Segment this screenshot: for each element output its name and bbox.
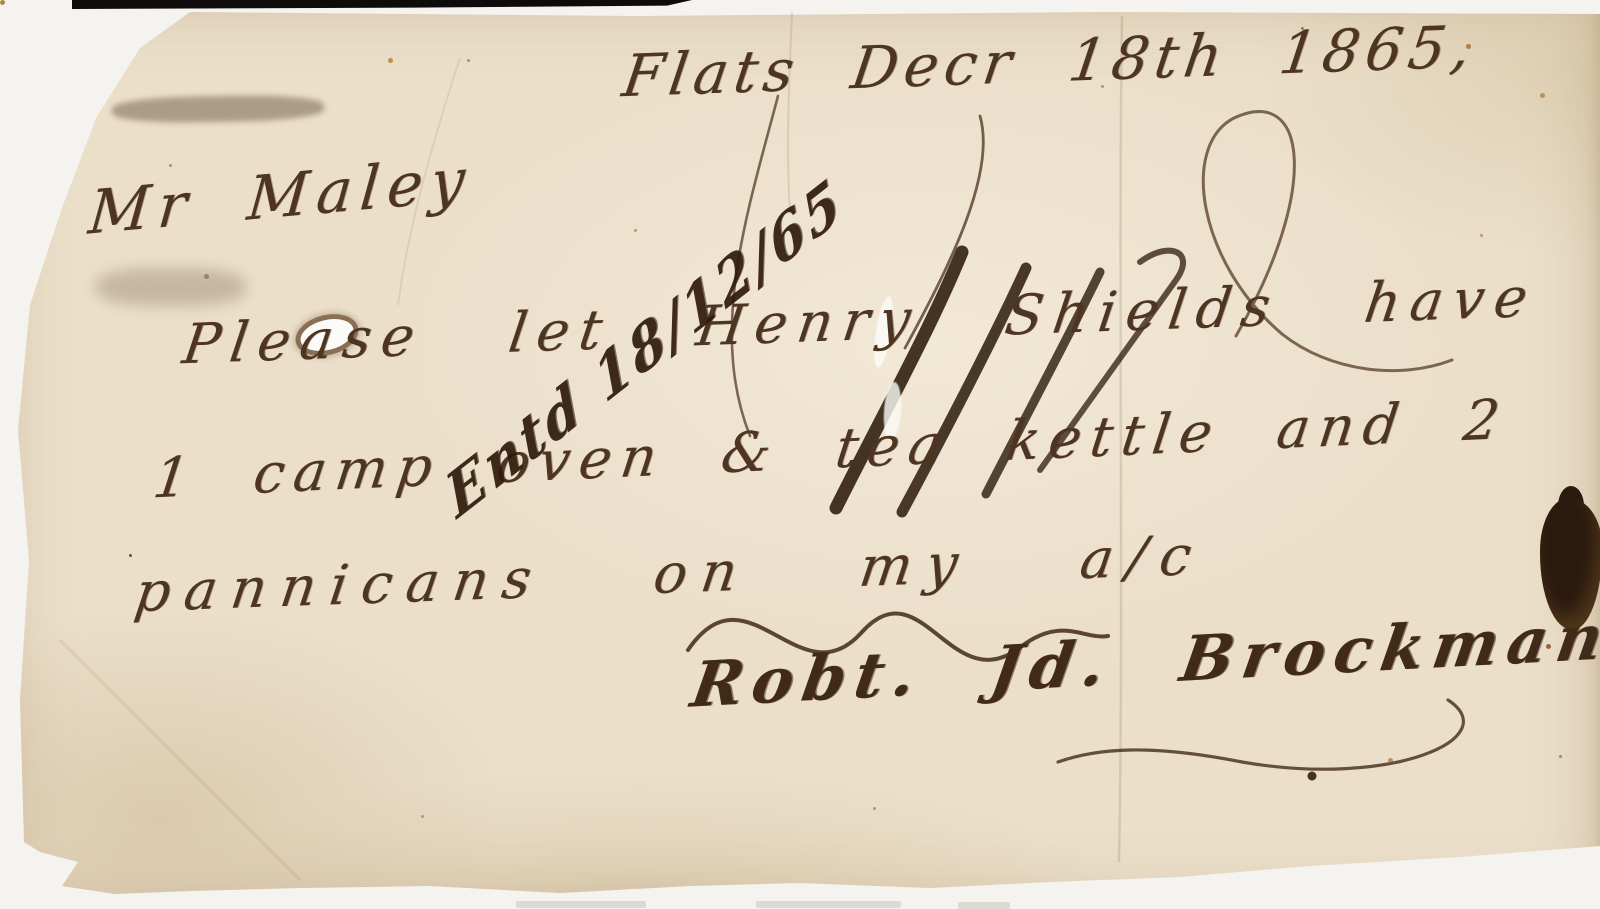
- fold-crease: [60, 640, 300, 880]
- signature-tail: [1058, 700, 1463, 769]
- ink-smudge: [96, 268, 246, 306]
- scanned-document: Flats Decr 18th 1865, Mr Maley Please le…: [0, 0, 1600, 909]
- ink-dot: [1308, 772, 1317, 781]
- foxing-spots: [0, 0, 5, 5]
